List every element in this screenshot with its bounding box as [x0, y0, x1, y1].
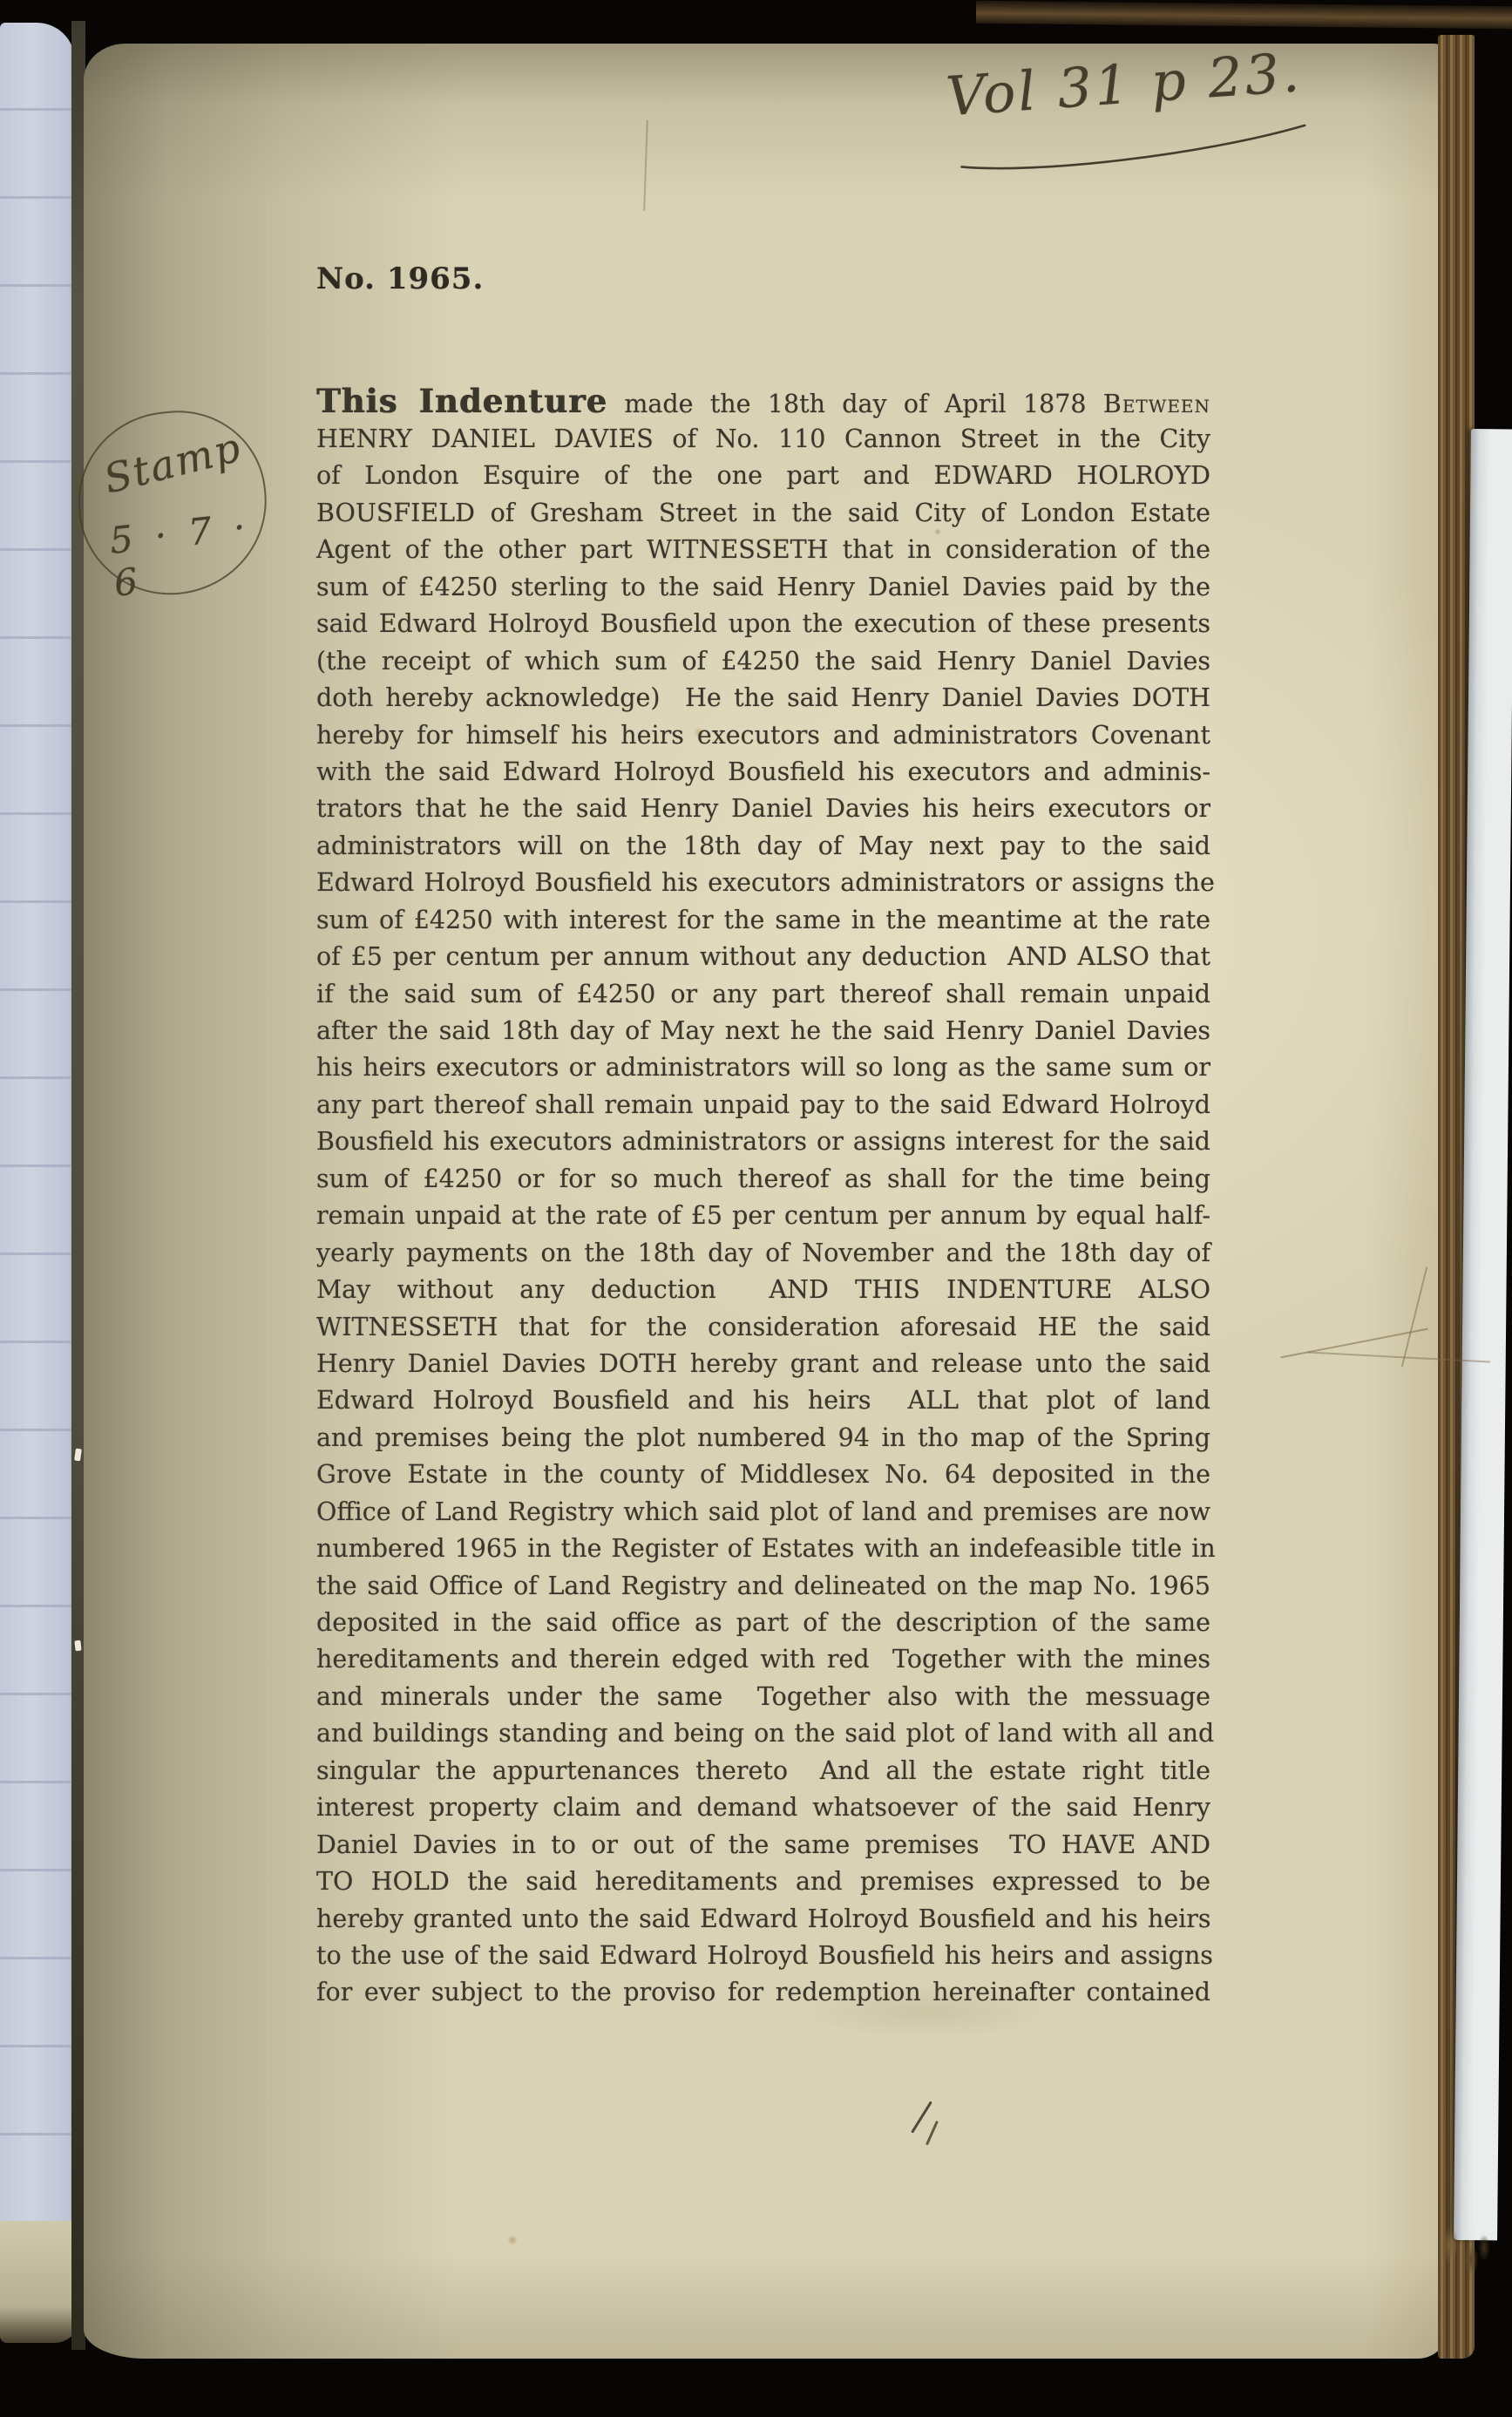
indenture-body-text: This Indenture made the 18th day of Apri…	[316, 381, 1210, 2012]
body-line: any part thereof shall remain unpaid pay…	[316, 1087, 1210, 1124]
body-line: hereby for himself his heirs executors a…	[316, 717, 1210, 754]
body-line: sum of £4250 or for so much thereof as s…	[316, 1161, 1210, 1198]
opening-smallcaps-word: Between	[1103, 390, 1210, 418]
opening-line-text: made the 18th day of April 1878	[624, 390, 1086, 418]
body-line: TO HOLD the said hereditaments and premi…	[316, 1864, 1210, 1900]
body-line: and premises being the plot numbered 94 …	[316, 1420, 1210, 1456]
body-line: his heirs executors or administrators wi…	[316, 1049, 1210, 1086]
body-line-opening: This Indenture made the 18th day of Apri…	[316, 381, 1210, 421]
body-line: deposited in the said office as part of …	[316, 1605, 1210, 1641]
body-line: WITNESSETH that for the consideration af…	[316, 1309, 1210, 1346]
body-line: Henry Daniel Davies DOTH hereby grant an…	[316, 1346, 1210, 1382]
body-line: yearly payments on the 18th day of Novem…	[316, 1235, 1210, 1272]
body-lines: HENRY DANIEL DAVIES of No. 110 Cannon St…	[316, 421, 1210, 2012]
body-line: hereditaments and therein edged with red…	[316, 1641, 1210, 1678]
body-line: (the receipt of which sum of £4250 the s…	[316, 643, 1210, 680]
previous-page-edge	[0, 23, 75, 2247]
body-line: Edward Holroyd Bousfield and his heirs A…	[316, 1382, 1210, 1419]
body-line: remain unpaid at the rate of £5 per cent…	[316, 1198, 1210, 1234]
body-line: interest property claim and demand whats…	[316, 1789, 1210, 1826]
body-line: and buildings standing and being on the …	[316, 1715, 1210, 1752]
page-stack-top-edge	[976, 1, 1512, 29]
body-line: sum of £4250 sterling to the said Henry …	[316, 569, 1210, 606]
body-line: Office of Land Registry which said plot …	[316, 1494, 1210, 1531]
body-line: Daniel Davies in to or out of the same p…	[316, 1827, 1210, 1864]
body-line: Agent of the other part WITNESSETH that …	[316, 532, 1210, 568]
frayed-page-corners	[1440, 2228, 1492, 2285]
body-line: trators that he the said Henry Daniel Da…	[316, 791, 1210, 827]
stamp-amount: 5 · 7 · 6	[107, 502, 281, 604]
previous-page-bottom-edge	[0, 2221, 80, 2343]
annotation-underline	[957, 119, 1325, 182]
body-line: of £5 per centum per annum without any d…	[316, 939, 1210, 975]
body-line: the said Office of Land Registry and del…	[316, 1568, 1210, 1605]
body-line: Grove Estate in the county of Middlesex …	[316, 1456, 1210, 1493]
body-line: of London Esquire of the one part and ED…	[316, 458, 1210, 494]
body-line: May without any deduction AND THIS INDEN…	[316, 1272, 1210, 1308]
body-line: Edward Holroyd Bousfield his executors a…	[316, 865, 1210, 901]
body-line: for ever subject to the proviso for rede…	[316, 1974, 1210, 2011]
body-line: if the said sum of £4250 or any part the…	[316, 976, 1210, 1013]
body-line: to the use of the said Edward Holroyd Bo…	[316, 1938, 1210, 1974]
body-line: with the said Edward Holroyd Bousfield h…	[316, 754, 1210, 791]
body-line: after the said 18th day of May next he t…	[316, 1013, 1210, 1049]
body-line: Bousfield his executors administrators o…	[316, 1124, 1210, 1160]
stamp-annotation: Stamp 5 · 7 · 6	[73, 403, 278, 612]
body-line: administrators will on the 18th day of M…	[316, 828, 1210, 865]
body-line: singular the appurtenances thereto And a…	[316, 1753, 1210, 1789]
body-line: said Edward Holroyd Bousfield upon the e…	[316, 606, 1210, 642]
body-line: HENRY DANIEL DAVIES of No. 110 Cannon St…	[316, 421, 1210, 458]
body-line: numbered 1965 in the Register of Estates…	[316, 1531, 1210, 1567]
document-number: No. 1965.	[316, 261, 484, 296]
body-line: doth hereby acknowledge) He the said Hen…	[316, 680, 1210, 716]
body-line: hereby granted unto the said Edward Holr…	[316, 1901, 1210, 1938]
body-line: sum of £4250 with interest for the same …	[316, 902, 1210, 939]
document-scan: Vol 31 p 23. No. 1965. Stamp 5 · 7 · 6 T…	[0, 0, 1512, 2417]
body-line: BOUSFIELD of Gresham Street in the said …	[316, 495, 1210, 532]
opening-blackletter-phrase: This Indenture	[316, 382, 607, 420]
body-line: and minerals under the same Together als…	[316, 1679, 1210, 1715]
